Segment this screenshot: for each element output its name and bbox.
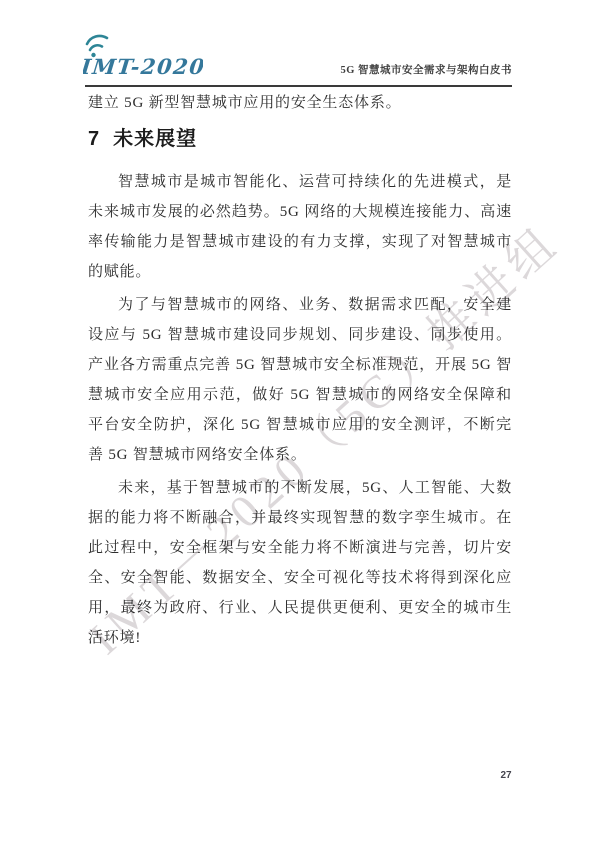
page-number: 27 — [494, 770, 518, 781]
section-title: 未来展望 — [113, 128, 197, 150]
header-doc-title: 5G 智慧城市安全需求与架构白皮书 — [85, 62, 512, 77]
header-rule — [85, 85, 512, 87]
page-content: 建立 5G 新型智慧城市应用的安全生态体系。 7未来展望 智慧城市是城市智能化、… — [88, 92, 512, 653]
paragraph: 为了与智慧城市的网络、业务、数据需求匹配，安全建设应与 5G 智慧城市建设同步规… — [88, 290, 512, 470]
page-header: IMT-2020 5G 智慧城市安全需求与架构白皮书 — [85, 0, 512, 88]
wifi-arcs-icon — [87, 36, 107, 50]
body-paragraphs: 智慧城市是城市智能化、运营可持续化的先进模式，是未来城市发展的必然趋势。5G 网… — [88, 167, 512, 653]
document-page: IMT－2020（5G）推进组 IMT-2020 5G 智慧城市安全需求与架构白… — [0, 0, 600, 848]
paragraph: 未来，基于智慧城市的不断发展，5G、人工智能、大数据的能力将不断融合，并最终实现… — [88, 473, 512, 653]
leading-paragraph: 建立 5G 新型智慧城市应用的安全生态体系。 — [88, 92, 512, 114]
section-number: 7 — [88, 128, 100, 150]
paragraph: 智慧城市是城市智能化、运营可持续化的先进模式，是未来城市发展的必然趋势。5G 网… — [88, 167, 512, 287]
section-heading: 7未来展望 — [88, 127, 512, 152]
